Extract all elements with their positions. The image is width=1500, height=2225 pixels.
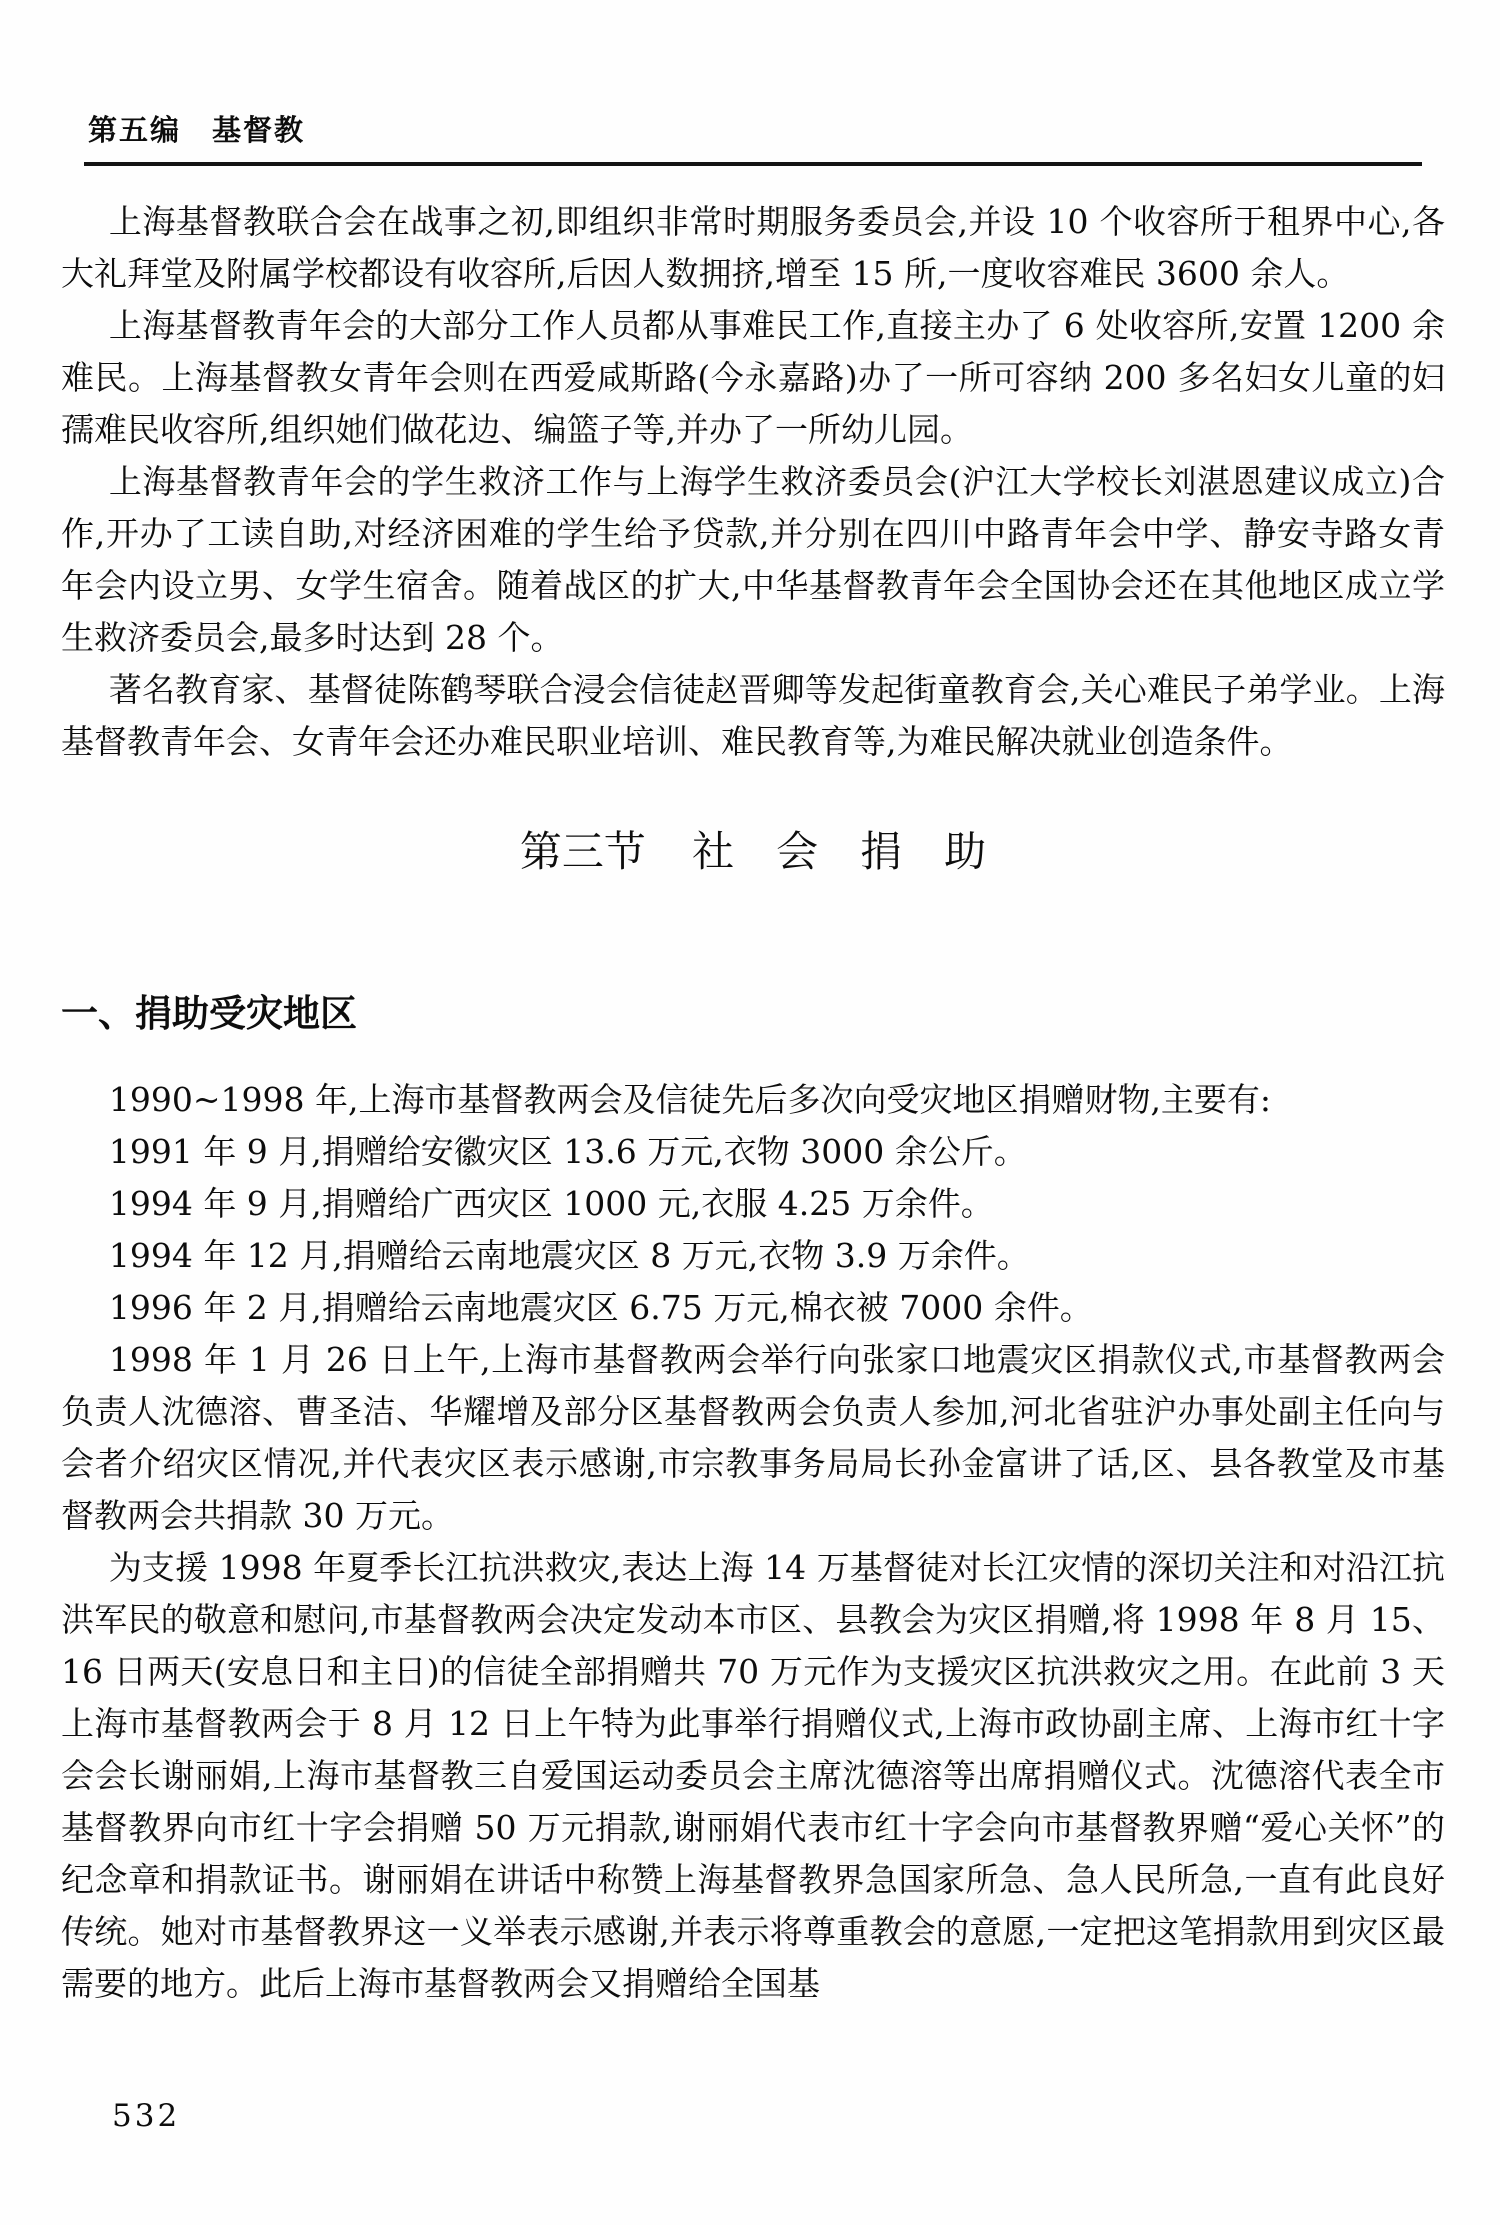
content-paragraph-3: 1994 年 9 月,捐赠给广西灾区 1000 元,衣服 4.25 万余件。 (61, 1178, 1445, 1230)
content-paragraph-6: 1998 年 1 月 26 日上午,上海市基督教两会举行向张家口地震灾区捐款仪式… (61, 1334, 1445, 1542)
intro-paragraph-2: 上海基督教青年会的大部分工作人员都从事难民工作,直接主办了 6 处收容所,安置 … (61, 300, 1445, 456)
intro-paragraph-3: 上海基督教青年会的学生救济工作与上海学生救济委员会(沪江大学校长刘湛恩建议成立)… (61, 456, 1445, 664)
intro-paragraph-1: 上海基督教联合会在战事之初,即组织非常时期服务委员会,并设 10 个收容所于租界… (61, 196, 1445, 300)
content-paragraph-4: 1994 年 12 月,捐赠给云南地震灾区 8 万元,衣物 3.9 万余件。 (61, 1230, 1445, 1282)
page-number: 532 (112, 2098, 180, 2134)
page-body: 上海基督教联合会在战事之初,即组织非常时期服务委员会,并设 10 个收容所于租界… (61, 196, 1445, 2010)
section-title: 社 会 捐 助 (692, 827, 986, 876)
section-heading: 第三节社 会 捐 助 (61, 824, 1445, 880)
header-rule (84, 162, 1422, 166)
content-paragraph-7: 为支援 1998 年夏季长江抗洪救灾,表达上海 14 万基督徒对长江灾情的深切关… (61, 1542, 1445, 2010)
subsection-heading: 一、捐助受灾地区 (61, 990, 1445, 1038)
content-paragraph-5: 1996 年 2 月,捐赠给云南地震灾区 6.75 万元,棉衣被 7000 余件… (61, 1282, 1445, 1334)
running-header: 第五编 基督教 (88, 108, 305, 149)
section-number: 第三节 (520, 827, 646, 876)
intro-paragraph-4: 著名教育家、基督徒陈鹤琴联合浸会信徒赵晋卿等发起街童教育会,关心难民子弟学业。上… (61, 664, 1445, 768)
content-paragraph-2: 1991 年 9 月,捐赠给安徽灾区 13.6 万元,衣物 3000 余公斤。 (61, 1126, 1445, 1178)
book-page: 第五编 基督教 上海基督教联合会在战事之初,即组织非常时期服务委员会,并设 10… (0, 0, 1500, 2225)
content-paragraph-1: 1990~1998 年,上海市基督教两会及信徒先后多次向受灾地区捐赠财物,主要有… (61, 1074, 1445, 1126)
